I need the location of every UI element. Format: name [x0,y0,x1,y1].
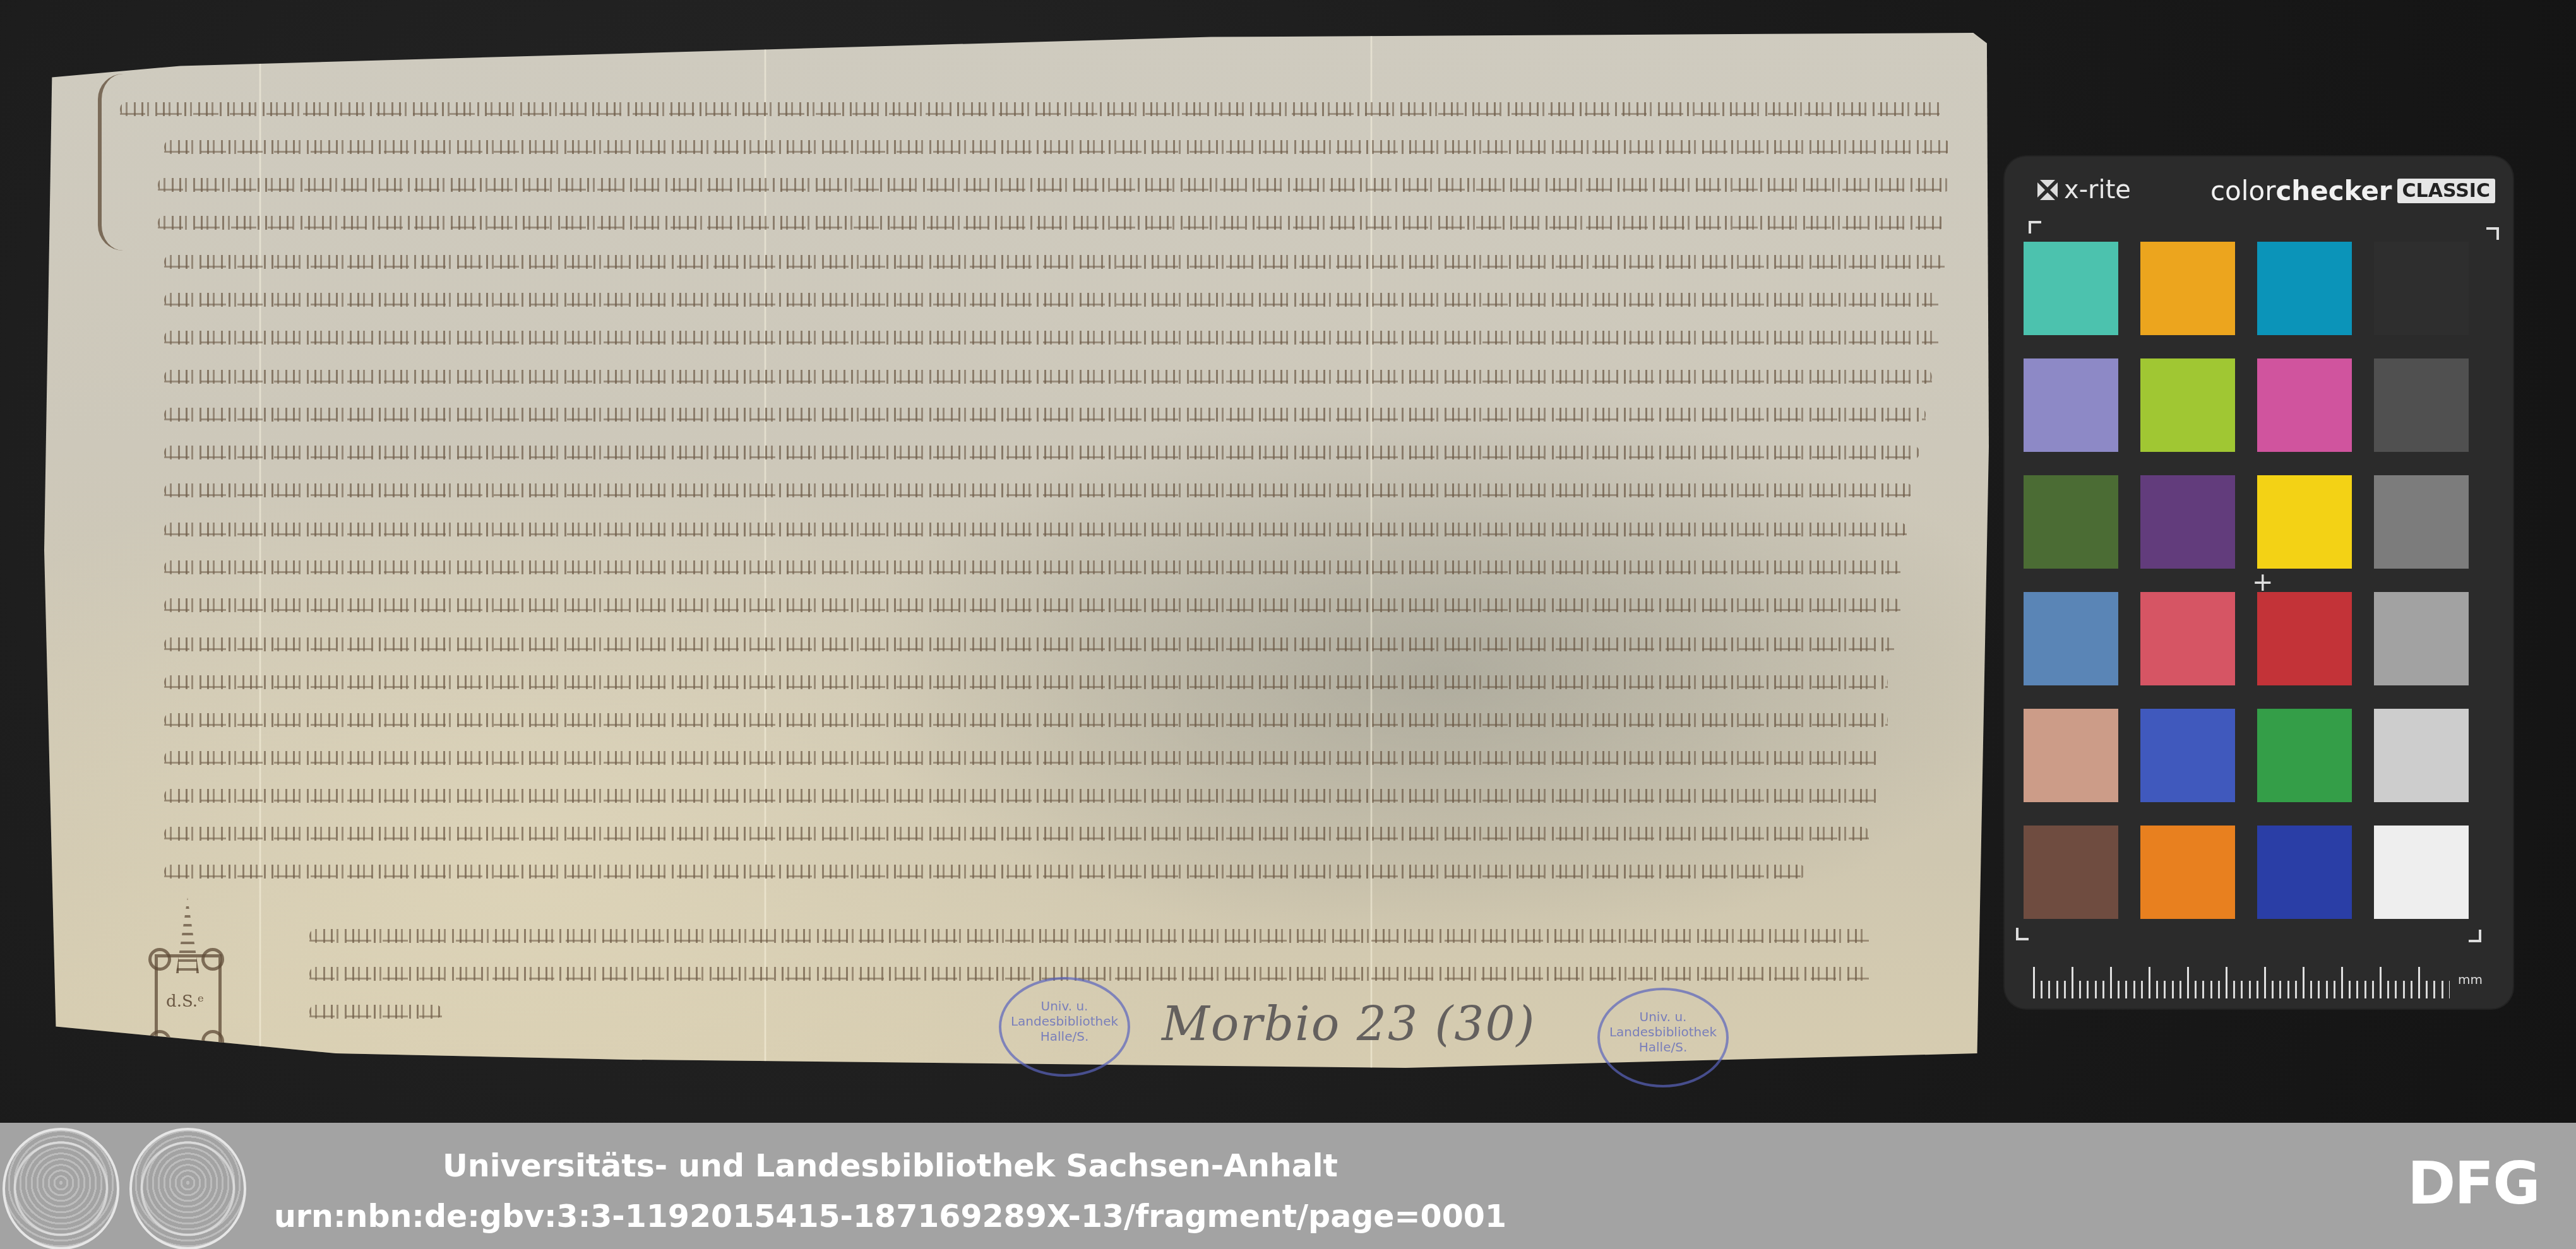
patch-cyan [2257,242,2352,335]
xrite-mark-icon [2035,177,2060,203]
script-line [164,789,1881,803]
script-line [164,675,1888,689]
script-line [164,293,1938,307]
script-line [164,560,1900,574]
patch-neutral-3-5 [2374,358,2469,452]
script-line [164,331,1938,345]
patch-light-skin [2024,709,2118,802]
notary-sign-initials: d.S.ᵉ [166,992,204,1011]
notary-sign-knob [148,948,171,971]
urn-identifier[interactable]: urn:nbn:de:gbv:3:3-1192015415-187169289X… [0,1199,1780,1234]
script-line [164,865,1806,879]
patch-yellow [2257,475,2352,569]
colorchecker-wordmark: colorchecker CLASSIC [2210,175,2495,206]
stamp-text: Univ. u. Landesbibliothek Halle/S. [1001,998,1128,1044]
patch-blue-sky [2024,592,2118,685]
patch-blue [2257,826,2352,919]
library-stamp: Univ. u. Landesbibliothek Halle/S. [999,977,1130,1077]
notary-subscription-line [309,929,1869,943]
script-line [164,483,1913,497]
mm-ruler-major-ticks [2033,967,2450,998]
patch-purple [2140,475,2235,569]
registration-corner [2486,227,2499,240]
notary-subscription-line [309,1005,442,1019]
wordmark-light: color [2210,175,2275,206]
script-line [158,178,1951,192]
crosshair-icon: + [2252,570,2274,595]
patch-purplish-blue [2140,709,2235,802]
patch-blue-flower [2024,358,2118,452]
patch-foliage [2024,475,2118,569]
registration-corner [2469,930,2481,942]
script-line [164,827,1869,841]
patch-dark-skin [2024,826,2118,919]
stamp-text: Univ. u. Landesbibliothek Halle/S. [1600,1009,1726,1055]
script-line [164,523,1907,536]
registration-corner [2016,928,2029,940]
scan-background: d.S.ᵉ Univ. u. Landesbibliothek Halle/S.… [0,0,2576,1123]
footer-bar: Universitäts- und Landesbibliothek Sachs… [0,1123,2576,1249]
patch-green [2257,709,2352,802]
script-line [164,598,1900,612]
patch-red [2257,592,2352,685]
notary-sign-knob [148,1030,171,1053]
script-line [164,446,1919,459]
patch-bluish-green [2024,242,2118,335]
notary-sign: d.S.ᵉ [148,897,224,1049]
script-line [164,637,1894,651]
patch-orange [2140,826,2235,919]
xrite-logo: x-rite [2035,175,2131,204]
script-line [158,216,1945,230]
patch-magenta [2257,358,2352,452]
patch-white [2374,826,2469,919]
registration-corner [2029,221,2041,234]
script-line [164,140,1951,154]
wordmark-bold: checker [2275,175,2392,206]
script-line [164,255,1945,269]
script-line [164,370,1932,384]
xrite-wordmark: x-rite [2064,175,2131,204]
library-stamp: Univ. u. Landesbibliothek Halle/S. [1597,988,1729,1087]
classic-badge: CLASSIC [2397,179,2495,203]
colorchecker-target: x-rite colorchecker CLASSIC [2005,157,2513,1009]
parchment-document: d.S.ᵉ [44,33,1989,1068]
patch-moderate-red [2140,592,2235,685]
shelfmark-annotation: Morbio 23 (30) [1162,997,1535,1051]
ruler-unit-label: mm [2458,972,2483,987]
script-line [164,751,1881,765]
institution-name: Universitäts- und Landesbibliothek Sachs… [0,1148,1780,1184]
patch-neutral-8 [2374,709,2469,802]
patch-orange-yellow [2140,242,2235,335]
script-line [120,102,1945,116]
patch-yellow-green [2140,358,2235,452]
notary-sign-knob [201,948,224,971]
decorated-initial [98,74,140,251]
patch-neutral-5 [2374,475,2469,569]
notary-sign-knob [201,1030,224,1053]
patch-black [2374,242,2469,335]
dfg-logo: DFG [2407,1155,2539,1213]
notary-subscription-line [309,967,1869,981]
patch-neutral-6-5 [2374,592,2469,685]
script-line [164,408,1926,422]
script-line [164,713,1888,727]
